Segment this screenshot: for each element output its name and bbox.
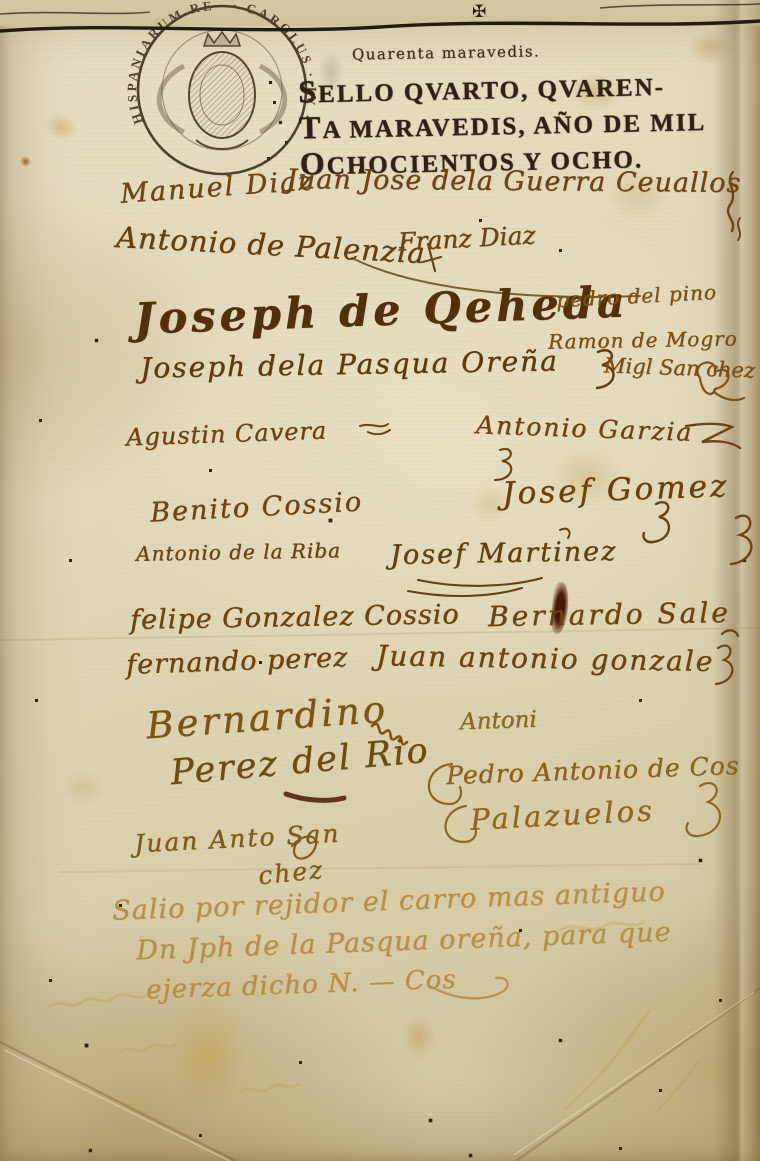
signature-bernardo-sale: Bernardo Sale [488, 596, 731, 633]
signature-juan-antonio-gonzale: Juan antonio gonzale [376, 639, 715, 678]
ink-specks [0, 0, 1, 1]
signature-juan-jose-guerra-ceuallos: Juan Jose dela Guerra Ceuallos [286, 164, 742, 199]
top-page-edge [0, 0, 760, 26]
printed-tax-line: Quarenta maravedis. [352, 42, 541, 63]
signature-antonio-de-la-riba: Antonio de la Riba [136, 538, 341, 566]
scanned-document-page: { "doc": { "description": "Spanish sello… [0, 0, 760, 1161]
signature-antoni: Antoni [460, 707, 538, 736]
signature-josef-martinez: Josef Martinez [390, 536, 618, 571]
signature-ramon-de-mogro: Ramon de Mogro [548, 326, 738, 353]
signature-felipe-gonzalez-cossio: felipe Gonzalez Cossio [130, 599, 460, 636]
printed-cross-icon: ✠ [472, 2, 486, 22]
